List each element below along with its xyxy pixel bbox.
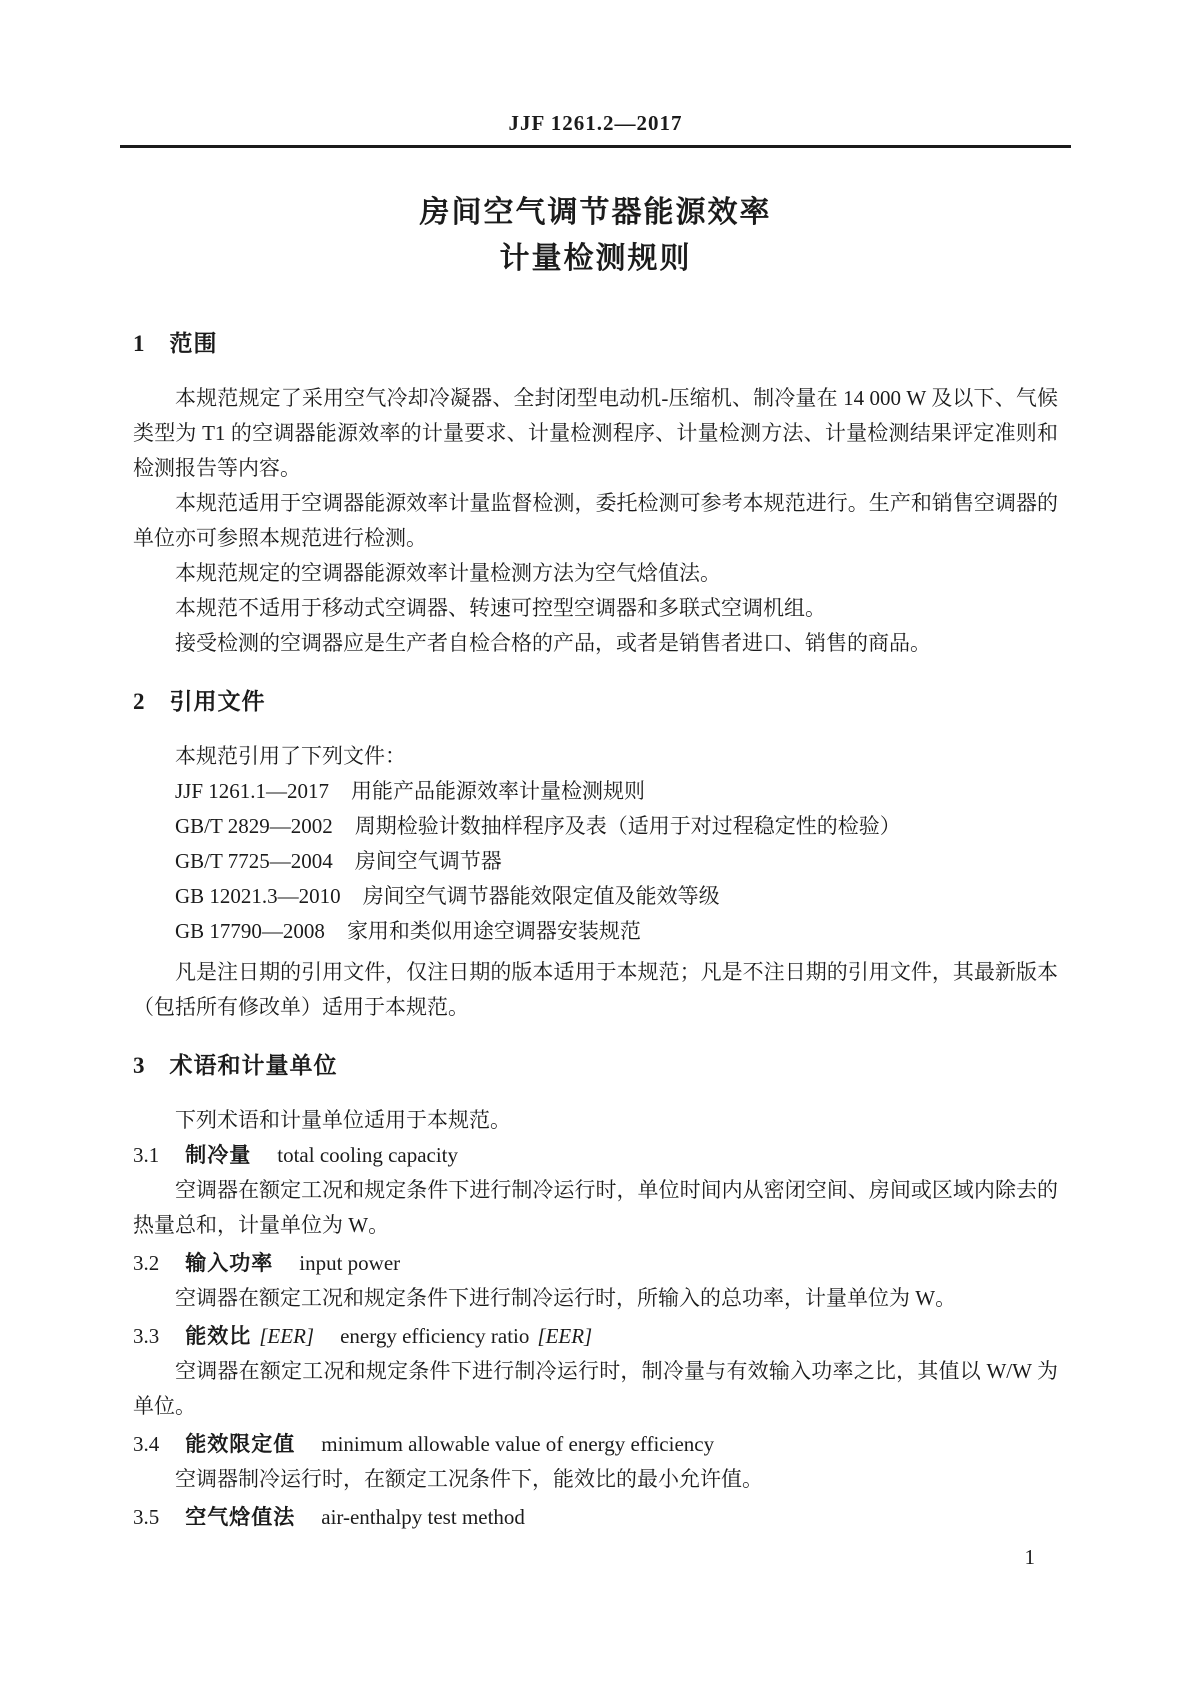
term-english: total cooling capacity — [277, 1143, 458, 1167]
term-english: input power — [299, 1251, 400, 1275]
standard-code-header: JJF 1261.2—2017 — [133, 112, 1058, 134]
term-chinese: 制冷量 — [185, 1144, 251, 1167]
section-3-heading: 3术语和计量单位 — [133, 1050, 1058, 1081]
term-english: air-enthalpy test method — [321, 1505, 525, 1529]
scope-paragraph-5: 接受检测的空调器应是生产者自检合格的产品，或者是销售者进口、销售的商品。 — [133, 626, 1058, 661]
terms-intro: 下列术语和计量单位适用于本规范。 — [133, 1103, 1058, 1138]
page-number: 1 — [1025, 1542, 1036, 1572]
scope-paragraph-3: 本规范规定的空调器能源效率计量检测方法为空气焓值法。 — [133, 556, 1058, 591]
term-english: minimum allowable value of energy effici… — [321, 1432, 714, 1456]
term-definition-3-2: 空调器在额定工况和规定条件下进行制冷运行时，所输入的总功率，计量单位为 W。 — [133, 1281, 1058, 1316]
term-definition-3-4: 空调器制冷运行时，在额定工况条件下，能效比的最小允许值。 — [133, 1462, 1058, 1497]
header-rule — [120, 145, 1071, 148]
reference-item-2: GB/T 2829—2002周期检验计数抽样程序及表（适用于对过程稳定性的检验） — [133, 809, 1058, 844]
reference-code: GB/T 2829—2002 — [175, 814, 333, 838]
section-1-number: 1 — [133, 329, 146, 359]
reference-item-4: GB 12021.3—2010房间空气调节器能效限定值及能效等级 — [133, 879, 1058, 914]
term-symbol: [EER] — [259, 1324, 314, 1348]
section-3-title: 术语和计量单位 — [170, 1052, 338, 1078]
reference-item-3: GB/T 7725—2004房间空气调节器 — [133, 844, 1058, 879]
references-intro: 本规范引用了下列文件： — [133, 739, 1058, 774]
reference-title: 家用和类似用途空调器安装规范 — [347, 919, 641, 943]
term-number: 3.2 — [133, 1246, 159, 1281]
document-page: JJF 1261.2—2017 房间空气调节器能源效率 计量检测规则 1范围 本… — [0, 0, 1191, 1684]
term-entry-3-5: 3.5空气焓值法air-enthalpy test method — [133, 1500, 1058, 1535]
term-number: 3.3 — [133, 1319, 159, 1354]
reference-code: GB/T 7725—2004 — [175, 849, 333, 873]
section-1-title: 范围 — [170, 330, 218, 356]
term-entry-3-1: 3.1制冷量total cooling capacity — [133, 1138, 1058, 1173]
term-definition-3-1: 空调器在额定工况和规定条件下进行制冷运行时，单位时间内从密闭空间、房间或区域内除… — [133, 1173, 1058, 1243]
term-number: 3.4 — [133, 1427, 159, 1462]
document-title: 房间空气调节器能源效率 计量检测规则 — [133, 190, 1058, 282]
term-number: 3.5 — [133, 1500, 159, 1535]
section-3-number: 3 — [133, 1051, 146, 1081]
document-title-line-2: 计量检测规则 — [133, 236, 1058, 282]
section-2-title: 引用文件 — [170, 688, 266, 714]
reference-title: 用能产品能源效率计量检测规则 — [351, 779, 645, 803]
document-title-line-1: 房间空气调节器能源效率 — [133, 190, 1058, 236]
reference-item-5: GB 17790—2008家用和类似用途空调器安装规范 — [133, 914, 1058, 949]
reference-title: 房间空气调节器能效限定值及能效等级 — [363, 884, 720, 908]
term-number: 3.1 — [133, 1138, 159, 1173]
term-chinese: 能效比 — [185, 1325, 251, 1348]
references-closing: 凡是注日期的引用文件，仅注日期的版本适用于本规范；凡是不注日期的引用文件，其最新… — [133, 955, 1058, 1025]
term-entry-3-3: 3.3能效比[EER]energy efficiency ratio[EER] — [133, 1319, 1058, 1354]
reference-item-1: JJF 1261.1—2017用能产品能源效率计量检测规则 — [133, 774, 1058, 809]
term-chinese: 能效限定值 — [185, 1433, 295, 1456]
term-chinese: 输入功率 — [185, 1252, 273, 1275]
reference-title: 周期检验计数抽样程序及表（适用于对过程稳定性的检验） — [355, 814, 901, 838]
reference-code: GB 17790—2008 — [175, 919, 325, 943]
term-symbol: [EER] — [537, 1324, 592, 1348]
term-english: energy efficiency ratio — [340, 1324, 529, 1348]
reference-code: JJF 1261.1—2017 — [175, 779, 329, 803]
page-content: JJF 1261.2—2017 房间空气调节器能源效率 计量检测规则 1范围 本… — [0, 0, 1191, 1535]
term-entry-3-4: 3.4能效限定值minimum allowable value of energ… — [133, 1427, 1058, 1462]
reference-code: GB 12021.3—2010 — [175, 884, 341, 908]
section-1-heading: 1范围 — [133, 328, 1058, 359]
section-2-heading: 2引用文件 — [133, 686, 1058, 717]
term-chinese: 空气焓值法 — [185, 1506, 295, 1529]
reference-title: 房间空气调节器 — [355, 849, 502, 873]
scope-paragraph-4: 本规范不适用于移动式空调器、转速可控型空调器和多联式空调机组。 — [133, 591, 1058, 626]
section-2-number: 2 — [133, 687, 146, 717]
scope-paragraph-1: 本规范规定了采用空气冷却冷凝器、全封闭型电动机-压缩机、制冷量在 14 000 … — [133, 381, 1058, 486]
term-entry-3-2: 3.2输入功率input power — [133, 1246, 1058, 1281]
scope-paragraph-2: 本规范适用于空调器能源效率计量监督检测，委托检测可参考本规范进行。生产和销售空调… — [133, 486, 1058, 556]
term-definition-3-3: 空调器在额定工况和规定条件下进行制冷运行时，制冷量与有效输入功率之比，其值以 W… — [133, 1354, 1058, 1424]
